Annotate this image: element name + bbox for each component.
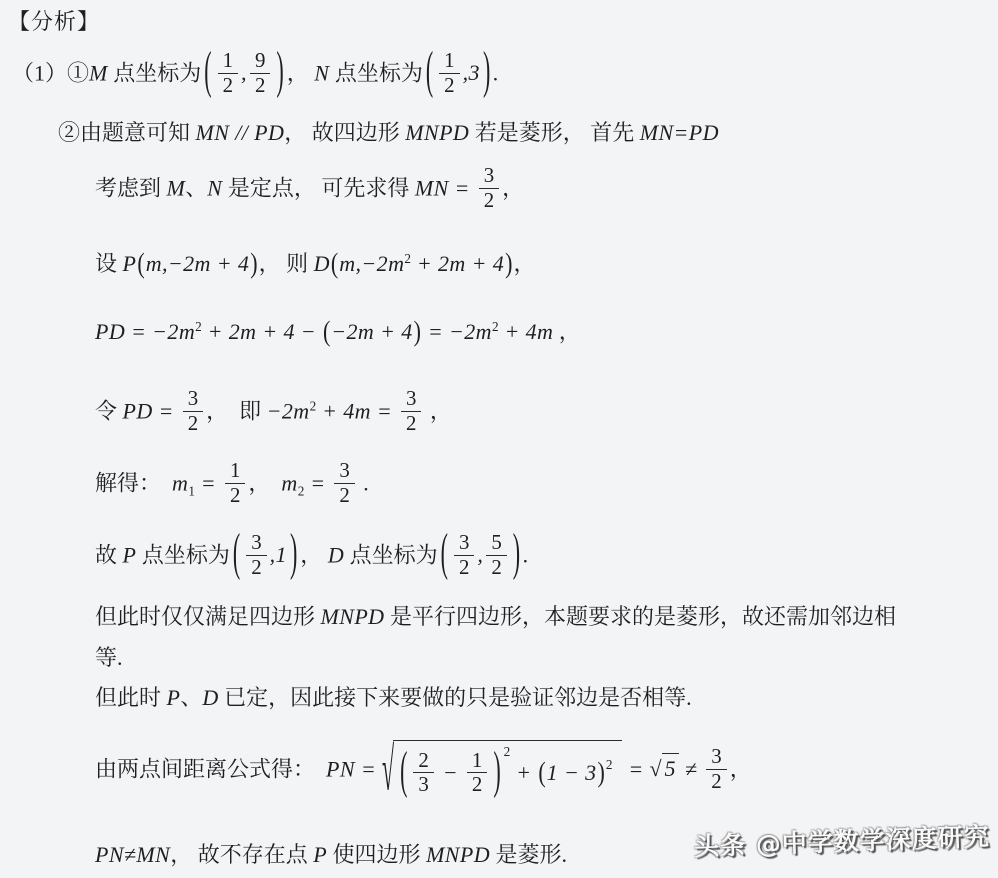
math-run: D (328, 542, 344, 567)
math-run: D (202, 685, 218, 710)
text-run: ， (300, 542, 328, 567)
right-paren: ) (513, 520, 520, 585)
right-paren: ) (276, 38, 283, 103)
math-run: PN = (326, 756, 382, 781)
denominator: 2 (225, 484, 245, 507)
math-run: P (313, 842, 327, 867)
text-run: ②由题意可知 (58, 120, 196, 145)
numerator: 3 (454, 532, 474, 556)
math-run: m,−2m + 4 (146, 251, 250, 276)
text-run: ， (248, 470, 281, 495)
math-run: MN // PD (196, 120, 285, 145)
text-run: 考虑到 (95, 175, 167, 200)
line-coordinates-m-n: （1）①M 点坐标为(12,92)， N 点坐标为(12,3). (12, 52, 499, 99)
left-paren: ( (137, 245, 144, 281)
numerator: 3 (183, 388, 203, 412)
paren-group: (−2m + 4) (322, 319, 422, 344)
math-run: N (207, 175, 222, 200)
paren-group: (32,52) (438, 542, 523, 567)
fraction: 52 (486, 532, 506, 579)
left-paren: ( (426, 38, 433, 103)
math-run: −2m + 4 (331, 319, 412, 344)
math-run: ,3 (463, 60, 480, 85)
paren-group: (m,−2m + 4) (136, 251, 258, 276)
numerator: 9 (250, 50, 270, 74)
line-pd-fixed-note: 但此时 P、D 已定，因此接下来要做的只是验证邻边是否相等. (95, 684, 692, 712)
left-paren: ( (323, 313, 330, 349)
text-run: ， 即 (206, 398, 267, 423)
math-run: = (304, 470, 331, 495)
denominator: 2 (250, 74, 270, 97)
numerator: 1 (467, 750, 487, 774)
text-run: 点坐标为 (329, 60, 423, 85)
text-run: 已定，因此接下来要做的只是验证邻边是否相等. (219, 685, 692, 710)
math-run: 1 − 3 (547, 760, 597, 785)
text-run: ， 故不存在点 (170, 842, 313, 867)
denominator: 2 (454, 556, 474, 579)
line-parallel-condition: ②由题意可知 MN // PD， 故四边形 MNPD 若是菱形， 首先 MN=P… (58, 119, 719, 147)
left-paren: ( (538, 754, 545, 790)
text-run: 使四边形 (327, 842, 426, 867)
right-paren: ) (483, 38, 490, 103)
text-run: 是菱形. (490, 842, 567, 867)
text-run: 解得： (95, 470, 172, 495)
text-run: 、 (180, 685, 202, 710)
right-paren: ) (505, 245, 512, 281)
right-paren: ) (250, 245, 257, 281)
paren-group: (23 − 12) (397, 760, 504, 785)
fraction: 32 (454, 532, 474, 579)
math-run: PD = −2m (95, 319, 195, 344)
text-run: ， (730, 756, 752, 781)
numerator: 1 (218, 50, 238, 74)
math-run: ≠ (679, 756, 703, 781)
math-run: MNPD (405, 120, 469, 145)
numerator: 3 (479, 165, 499, 189)
right-paren: ) (414, 313, 421, 349)
fraction: 32 (401, 388, 421, 435)
math-run: = (622, 756, 649, 781)
text-run: ， (513, 251, 535, 276)
text-run: ， 故四边形 (284, 120, 405, 145)
numerator: 3 (246, 532, 266, 556)
math-run: PN≠MN (95, 842, 170, 867)
math-run: D (314, 251, 330, 276)
fraction: 12 (225, 460, 245, 507)
numerator: 3 (334, 460, 354, 484)
text-run: 是平行四边形，本题要求的是菱形，故还需加邻边相 (384, 604, 896, 629)
left-paren: ( (400, 737, 407, 802)
text-run: 若是菱形， 首先 (469, 120, 640, 145)
math-run: m,−2m (339, 251, 404, 276)
denominator: 2 (439, 74, 459, 97)
superscript: 2 (504, 744, 511, 759)
denominator: 2 (479, 189, 499, 212)
math-run: = −2m (422, 319, 492, 344)
numerator: 3 (706, 746, 726, 770)
analysis-header: 【分析】 (8, 8, 100, 36)
math-run: m (172, 470, 188, 495)
math-run: . (493, 60, 499, 85)
math-run: m (281, 470, 297, 495)
math-run: MN = (415, 175, 476, 200)
paren-group: (12,3) (423, 60, 493, 85)
denominator: 2 (486, 556, 506, 579)
fraction: 32 (334, 460, 354, 507)
fraction: 32 (706, 746, 726, 793)
square-root: √(23 − 12)2 + (1 − 3)2 (382, 756, 622, 781)
text-run: 但此时仅仅满足四边形 (95, 604, 321, 629)
line-distance-formula: 由两点间距离公式得： PN = √(23 − 12)2 + (1 − 3)2 =… (95, 742, 752, 800)
fraction: 12 (467, 750, 487, 797)
numerator: 1 (225, 460, 245, 484)
text-run: ， (553, 319, 581, 344)
math-run: P (167, 685, 181, 710)
numerator: 3 (401, 388, 421, 412)
fraction: 12 (218, 50, 238, 97)
square-root: √5 (649, 756, 678, 781)
denominator: 3 (413, 773, 433, 796)
line-parallelogram-note: 但此时仅仅满足四边形 MNPD 是平行四边形，本题要求的是菱形，故还需加邻边相 (95, 603, 896, 631)
math-run: , (241, 60, 247, 85)
radicand: (23 − 12)2 + (1 − 3)2 (393, 740, 622, 798)
paren-group: (32,1) (230, 542, 300, 567)
denominator: 2 (334, 484, 354, 507)
paren-group: (1 − 3) (537, 760, 606, 785)
math-run: PD = (123, 398, 180, 423)
math-run: + 2m + 4 − (202, 319, 322, 344)
right-paren: ) (598, 754, 605, 790)
right-paren: ) (493, 737, 500, 802)
left-paren: ( (331, 245, 338, 281)
math-run: P (123, 251, 137, 276)
math-run: . (358, 470, 370, 495)
text-run: （1）① (12, 60, 89, 85)
math-run: N (314, 60, 329, 85)
superscript: 2 (606, 757, 613, 772)
math-run: = (195, 470, 222, 495)
math-run: + 4m = (316, 398, 398, 423)
text-run: 设 (95, 251, 123, 276)
fraction: 12 (439, 50, 459, 97)
fraction: 32 (183, 388, 203, 435)
math-run: 5 (665, 756, 676, 781)
line-set-points-p-d: 设 P(m,−2m + 4)， 则 D(m,−2m2 + 2m + 4)， (95, 250, 535, 278)
denominator: 2 (467, 773, 487, 796)
math-run: −2m (267, 398, 310, 423)
denominator: 2 (218, 74, 238, 97)
math-run: . (523, 542, 529, 567)
math-run: + 2m + 4 (411, 251, 504, 276)
left-paren: ( (204, 38, 211, 103)
left-paren: ( (441, 520, 448, 585)
denominator: 2 (706, 770, 726, 793)
math-run: P (123, 542, 137, 567)
text-run: 点坐标为 (344, 542, 438, 567)
text-run: ， (424, 398, 452, 423)
line-pd-equation: 令 PD = 32， 即 −2m2 + 4m = 32 ， (95, 390, 452, 437)
math-run: , (477, 542, 483, 567)
paren-group: (m,−2m2 + 2m + 4) (330, 251, 514, 276)
math-run: + (510, 760, 537, 785)
fraction: 92 (250, 50, 270, 97)
math-run: M (167, 175, 186, 200)
text-run: ， (502, 175, 524, 200)
math-run: M (89, 60, 108, 85)
numerator: 1 (439, 50, 459, 74)
denominator: 2 (246, 556, 266, 579)
text-run: 但此时 (95, 685, 167, 710)
right-paren: ) (290, 520, 297, 585)
text-run: 故 (95, 542, 123, 567)
line-solutions-m1-m2: 解得： m1 = 12， m2 = 32 . (95, 462, 370, 509)
numerator: 2 (413, 750, 433, 774)
paren-power: (23 − 12)2 (397, 760, 510, 785)
line-mn-length: 考虑到 M、N 是定点， 可先求得 MN = 32， (95, 167, 524, 214)
math-run: MNPD (426, 842, 490, 867)
superscript: 2 (195, 319, 202, 334)
radicand: 5 (662, 753, 679, 783)
math-run: MNPD (321, 604, 385, 629)
math-run: MN=PD (640, 120, 719, 145)
superscript: 2 (404, 251, 411, 266)
fraction: 32 (246, 532, 266, 579)
paren-power: (1 − 3)2 (537, 760, 612, 785)
left-paren: ( (233, 520, 240, 585)
denominator: 2 (183, 412, 203, 435)
superscript: 2 (492, 319, 499, 334)
math-run: − (437, 760, 464, 785)
math-run: + 4m (499, 319, 554, 344)
text-run: 是定点， 可先求得 (222, 175, 415, 200)
fraction: 32 (479, 165, 499, 212)
text-run: 点坐标为 (136, 542, 230, 567)
subscript: 1 (188, 483, 195, 498)
analysis-document: 【分析】 （1）①M 点坐标为(12,92)， N 点坐标为(12,3). ②由… (0, 0, 998, 878)
text-run: 等. (95, 645, 123, 670)
line-conclusion: PN≠MN， 故不存在点 P 使四边形 MNPD 是菱形. (95, 841, 567, 869)
math-run: ,1 (270, 542, 287, 567)
text-run: ， (287, 60, 315, 85)
denominator: 2 (401, 412, 421, 435)
line-pd-expression: PD = −2m2 + 2m + 4 − (−2m + 4) = −2m2 + … (95, 318, 581, 346)
text-run: 、 (185, 175, 207, 200)
text-run: 点坐标为 (108, 60, 202, 85)
watermark: 头条 @中学数学深度研究 (694, 817, 991, 863)
fraction: 23 (413, 750, 433, 797)
paren-group: (12,92) (201, 60, 286, 85)
radical-sign: √ (649, 755, 661, 783)
text-run: 令 (95, 398, 123, 423)
line-note-continued: 等. (95, 644, 123, 672)
text-run: 由两点间距离公式得： (95, 756, 326, 781)
text-run: ， 则 (259, 251, 314, 276)
line-coordinates-p-d: 故 P 点坐标为(32,1)， D 点坐标为(32,52). (95, 534, 529, 581)
numerator: 5 (486, 532, 506, 556)
